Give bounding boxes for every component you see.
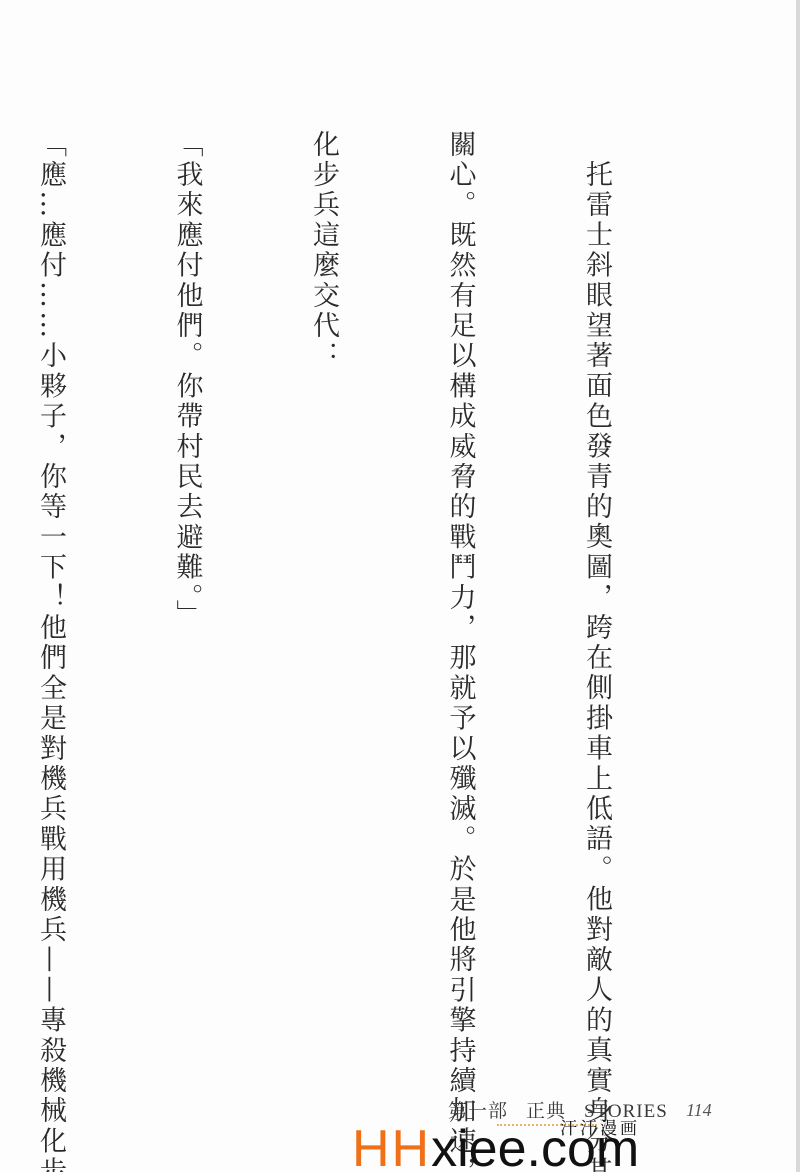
vertical-text-body: 托雷士斜眼望著面色發青的奧圖，跨在側掛車上低語。他對敵人的真實身分其實並不 關心… — [0, 130, 710, 1080]
footer-part: 第一部 — [448, 1101, 508, 1122]
dialogue-column: 「我來應付他們。你帶村民去避難。」 — [164, 130, 210, 1080]
text-column: 化步兵這麼交代： — [301, 130, 347, 1080]
text-column: 托雷士斜眼望著面色發青的奧圖，跨在側掛車上低語。他對敵人的真實身分其實並不 — [574, 130, 620, 1080]
page-number: 114 — [686, 1100, 712, 1121]
book-page: 托雷士斜眼望著面色發青的奧圖，跨在側掛車上低語。他對敵人的真實身分其實並不 關心… — [0, 0, 800, 1172]
page-edge-shadow — [796, 0, 800, 1172]
text-column: 關心。既然有足以構成威脅的戰鬥力，那就予以殲滅。於是他將引擎持續加速，對老機械 — [437, 130, 483, 1080]
watermark-chinese: 汗汗漫画 — [560, 1114, 640, 1139]
watermark-brand-hh: HH — [352, 1126, 431, 1172]
dialogue-column: 「應…應付……小夥子，你等一下！他們全是對機兵戰用機兵——專殺機械化步兵的殺 — [28, 130, 74, 1080]
